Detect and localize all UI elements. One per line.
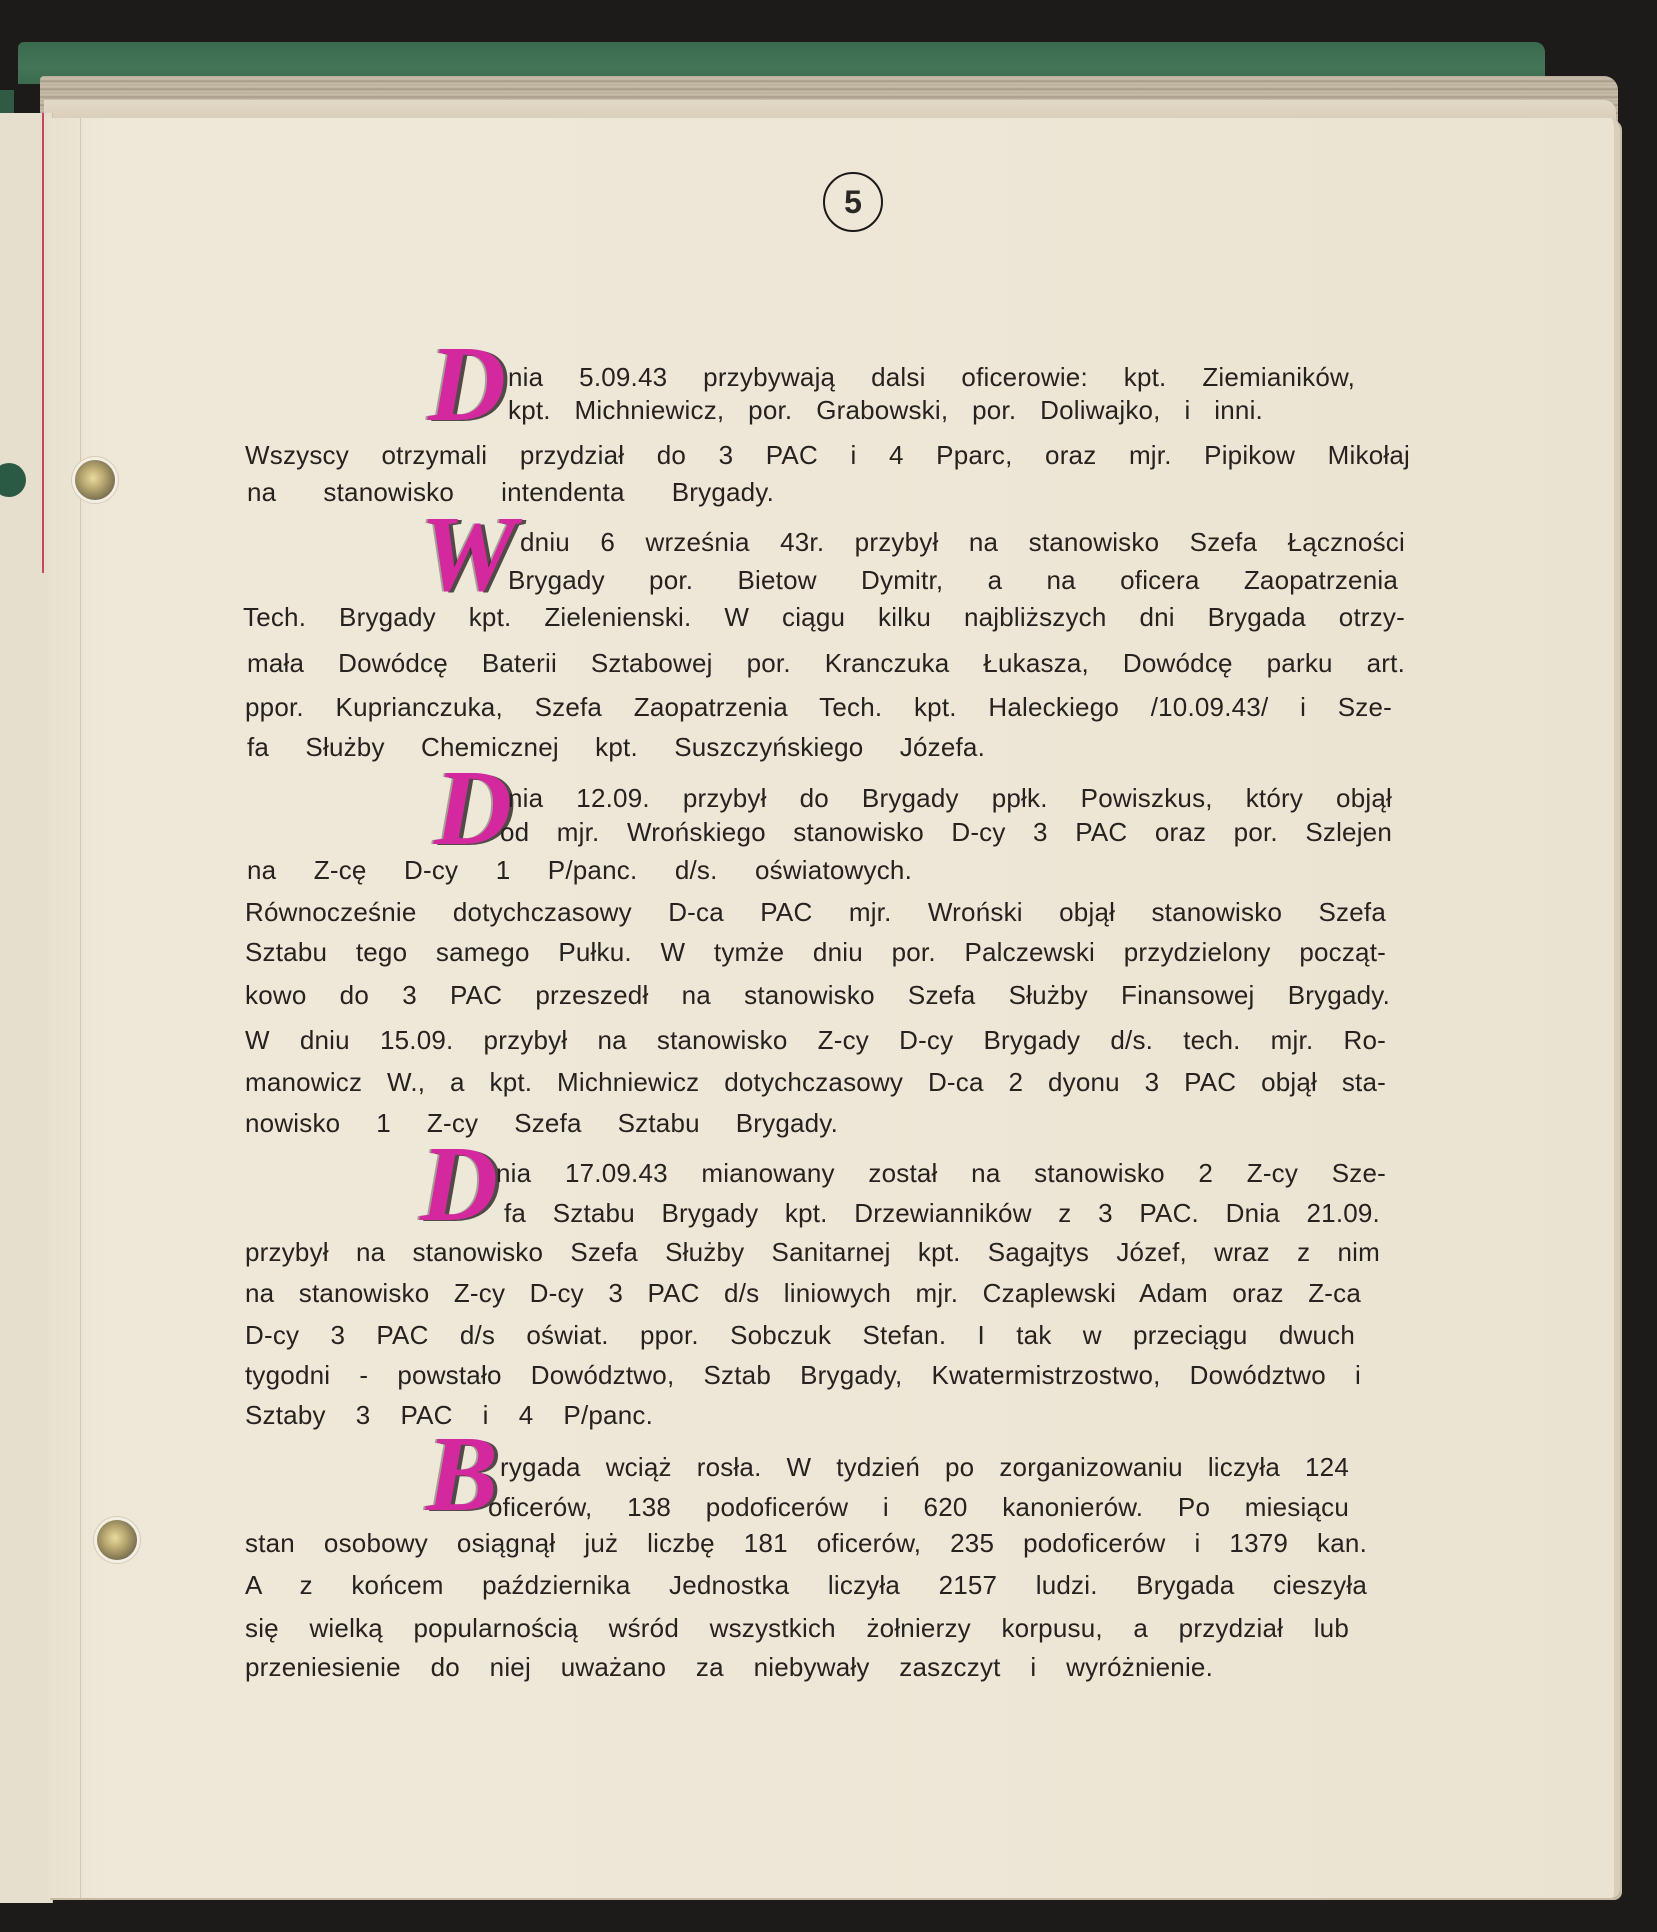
- text-line: nia 17.09.43 mianowany został na stanowi…: [496, 1155, 1386, 1191]
- text-line: przybył na stanowisko Szefa Służby Sanit…: [245, 1234, 1380, 1270]
- text-line: A z końcem października Jednostka liczył…: [245, 1567, 1367, 1603]
- binding-rivet-icon: [97, 1520, 137, 1560]
- text-line: stan osobowy osiągnął już liczbę 181 ofi…: [245, 1525, 1367, 1561]
- text-line: na stanowisko Z-cy D-cy 3 PAC d/s liniow…: [245, 1275, 1361, 1311]
- page-number-badge: 5: [823, 172, 883, 232]
- text-line: przeniesienie do niej uważano za niebywa…: [245, 1649, 1213, 1685]
- text-line: Sztabu tego samego Pułku. W tymże dniu p…: [245, 934, 1386, 970]
- previous-page-strip: [0, 113, 53, 1903]
- text-line: nia 5.09.43 przybywają dalsi oficerowie:…: [508, 359, 1355, 395]
- text-line: Wszyscy otrzymali przydział do 3 PAC i 4…: [245, 437, 1410, 473]
- margin-red-line: [42, 113, 44, 573]
- decorative-initial: W: [420, 501, 516, 609]
- text-line: tygodni - powstało Dowództwo, Sztab Bryg…: [245, 1357, 1361, 1393]
- text-line: kpt. Michniewicz, por. Grabowski, por. D…: [508, 392, 1263, 428]
- text-line: kowo do 3 PAC przeszedł na stanowisko Sz…: [245, 977, 1390, 1013]
- text-line: się wielką popularnością wśród wszystkic…: [245, 1610, 1349, 1646]
- decorative-initial: D: [420, 1131, 498, 1239]
- text-line: D-cy 3 PAC d/s oświat. ppor. Sobczuk Ste…: [245, 1317, 1355, 1353]
- text-line: nia 12.09. przybył do Brygady ppłk. Powi…: [508, 780, 1392, 816]
- text-line: rygada wciąż rosła. W tydzień po zorgani…: [500, 1449, 1349, 1485]
- text-line: W dniu 15.09. przybył na stanowisko Z-cy…: [245, 1022, 1386, 1058]
- text-line: od mjr. Wrońskiego stanowisko D-cy 3 PAC…: [500, 814, 1392, 850]
- text-line: dniu 6 września 43r. przybył na stanowis…: [520, 524, 1405, 560]
- text-line: Tech. Brygady kpt. Zielenienski. W ciągu…: [243, 599, 1405, 635]
- decorative-initial: D: [428, 331, 506, 439]
- page-number: 5: [844, 184, 862, 221]
- text-line: ppor. Kuprianczuka, Szefa Zaopatrzenia T…: [245, 689, 1392, 725]
- text-line: Brygady por. Bietow Dymitr, a na oficera…: [508, 562, 1398, 598]
- text-line: mała Dowódcę Baterii Sztabowej por. Kran…: [247, 645, 1405, 681]
- text-line: fa Służby Chemicznej kpt. Suszczyńskiego…: [247, 729, 985, 765]
- binding-rivet-icon: [75, 460, 115, 500]
- text-line: manowicz W., a kpt. Michniewicz dotychcz…: [245, 1064, 1386, 1100]
- text-line: na Z-cę D-cy 1 P/panc. d/s. oświatowych.: [247, 852, 912, 888]
- text-line: Równocześnie dotychczasowy D-ca PAC mjr.…: [245, 894, 1386, 930]
- text-line: fa Sztabu Brygady kpt. Drzewianników z 3…: [504, 1195, 1380, 1231]
- gutter-fold-line: [80, 118, 81, 1898]
- text-line: oficerów, 138 podoficerów i 620 kanonier…: [488, 1489, 1349, 1525]
- text-line: nowisko 1 Z-cy Szefa Sztabu Brygady.: [245, 1105, 838, 1141]
